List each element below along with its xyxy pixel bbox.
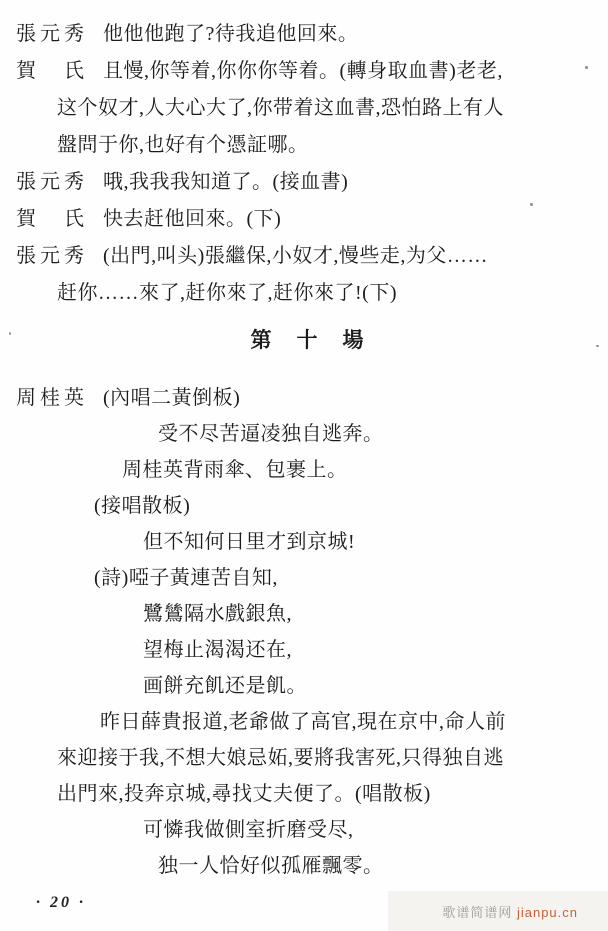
scene-title: 第 十 場: [16, 322, 600, 359]
stage-direction-line: 周桂英背雨傘、包裹上。: [16, 452, 600, 488]
dialogue-line: 賀 氏且慢,你等着,你你你等着。(轉身取血書)老老,: [16, 53, 600, 90]
dialogue-line: 張元秀他他他跑了?待我追他回來。: [16, 16, 600, 53]
dialogue-line: 周桂英(內唱二黃倒板): [16, 380, 600, 416]
dialogue-line: 張元秀哦,我我我知道了。(接血書): [16, 164, 600, 201]
script-text-block: 張元秀他他他跑了?待我追他回來。 賀 氏且慢,你等着,你你你等着。(轉身取血書)…: [16, 16, 600, 884]
verse-line: 但不知何日里才到京城!: [16, 524, 600, 560]
dialogue-continuation-line: 盤問于你,也好有个憑証哪。: [16, 127, 600, 164]
speaker-name: 張元秀: [16, 238, 103, 275]
watermark-site-name: 歌谱简谱网: [442, 905, 512, 920]
dialogue-text: 哦,我我我知道了。(接血書): [103, 171, 348, 193]
script-page: 張元秀他他他跑了?待我追他回來。 賀 氏且慢,你等着,你你你等着。(轉身取血書)…: [0, 0, 608, 931]
verse-line: 画餅充飢还是飢。: [16, 668, 600, 704]
watermark-site-url: jianpu.cn: [517, 905, 578, 920]
stage-cue-text: (內唱二黃倒板): [103, 387, 240, 409]
scan-speck: [596, 345, 599, 347]
page-number: · 20 ·: [36, 894, 86, 912]
verse-line: 独一人恰好似孤雁飄零。: [16, 848, 600, 884]
watermark: 歌谱简谱网 jianpu.cn: [442, 902, 578, 921]
monologue-continuation-line: 出門來,投奔京城,尋找丈夫便了。(唱散板): [16, 776, 600, 812]
speaker-name: 賀 氏: [16, 53, 103, 90]
verse-line: 受不尽苦逼凌独自逃奔。: [16, 416, 600, 452]
scan-speck: [585, 66, 588, 69]
verse-line: 可憐我做側室折磨受尽,: [16, 812, 600, 848]
scene-ten-body: 周桂英(內唱二黃倒板) 受不尽苦逼凌独自逃奔。 周桂英背雨傘、包裹上。 (接唱散…: [16, 380, 600, 884]
speaker-name: 張元秀: [16, 16, 103, 53]
stage-cue-line: (接唱散板): [16, 488, 600, 524]
dialogue-text: (出門,叫头)張繼保,小奴才,慢些走,为父……: [103, 245, 488, 267]
speaker-name: 張元秀: [16, 164, 103, 201]
stage-cue-line: (詩)啞子黃連苦自知,: [16, 560, 600, 596]
dialogue-text: 快去赶他回來。(下): [103, 208, 281, 230]
speaker-name: 賀 氏: [16, 201, 103, 238]
dialogue-text: 他他他跑了?待我追他回來。: [103, 23, 358, 45]
speaker-name: 周桂英: [16, 380, 103, 416]
dialogue-continuation-line: 这个奴才,人大心大了,你带着这血書,恐怕路上有人: [16, 90, 600, 127]
scan-speck: [9, 332, 11, 335]
monologue-first-line: 昨日薛貴报道,老爺做了高官,現在京中,命人前: [16, 704, 600, 740]
dialogue-text: 且慢,你等着,你你你等着。(轉身取血書)老老,: [103, 60, 503, 82]
dialogue-line: 賀 氏快去赶他回來。(下): [16, 201, 600, 238]
verse-line: 望梅止渴渴还在,: [16, 632, 600, 668]
verse-line: 鷺鷥隔水戲銀魚,: [16, 596, 600, 632]
dialogue-line: 張元秀(出門,叫头)張繼保,小奴才,慢些走,为父……: [16, 238, 600, 275]
dialogue-continuation-line: 赶你……來了,赶你來了,赶你來了!(下): [16, 275, 600, 312]
monologue-continuation-line: 來迎接于我,不想大娘忌妬,要將我害死,只得独自逃: [16, 740, 600, 776]
scan-speck: [530, 203, 533, 206]
